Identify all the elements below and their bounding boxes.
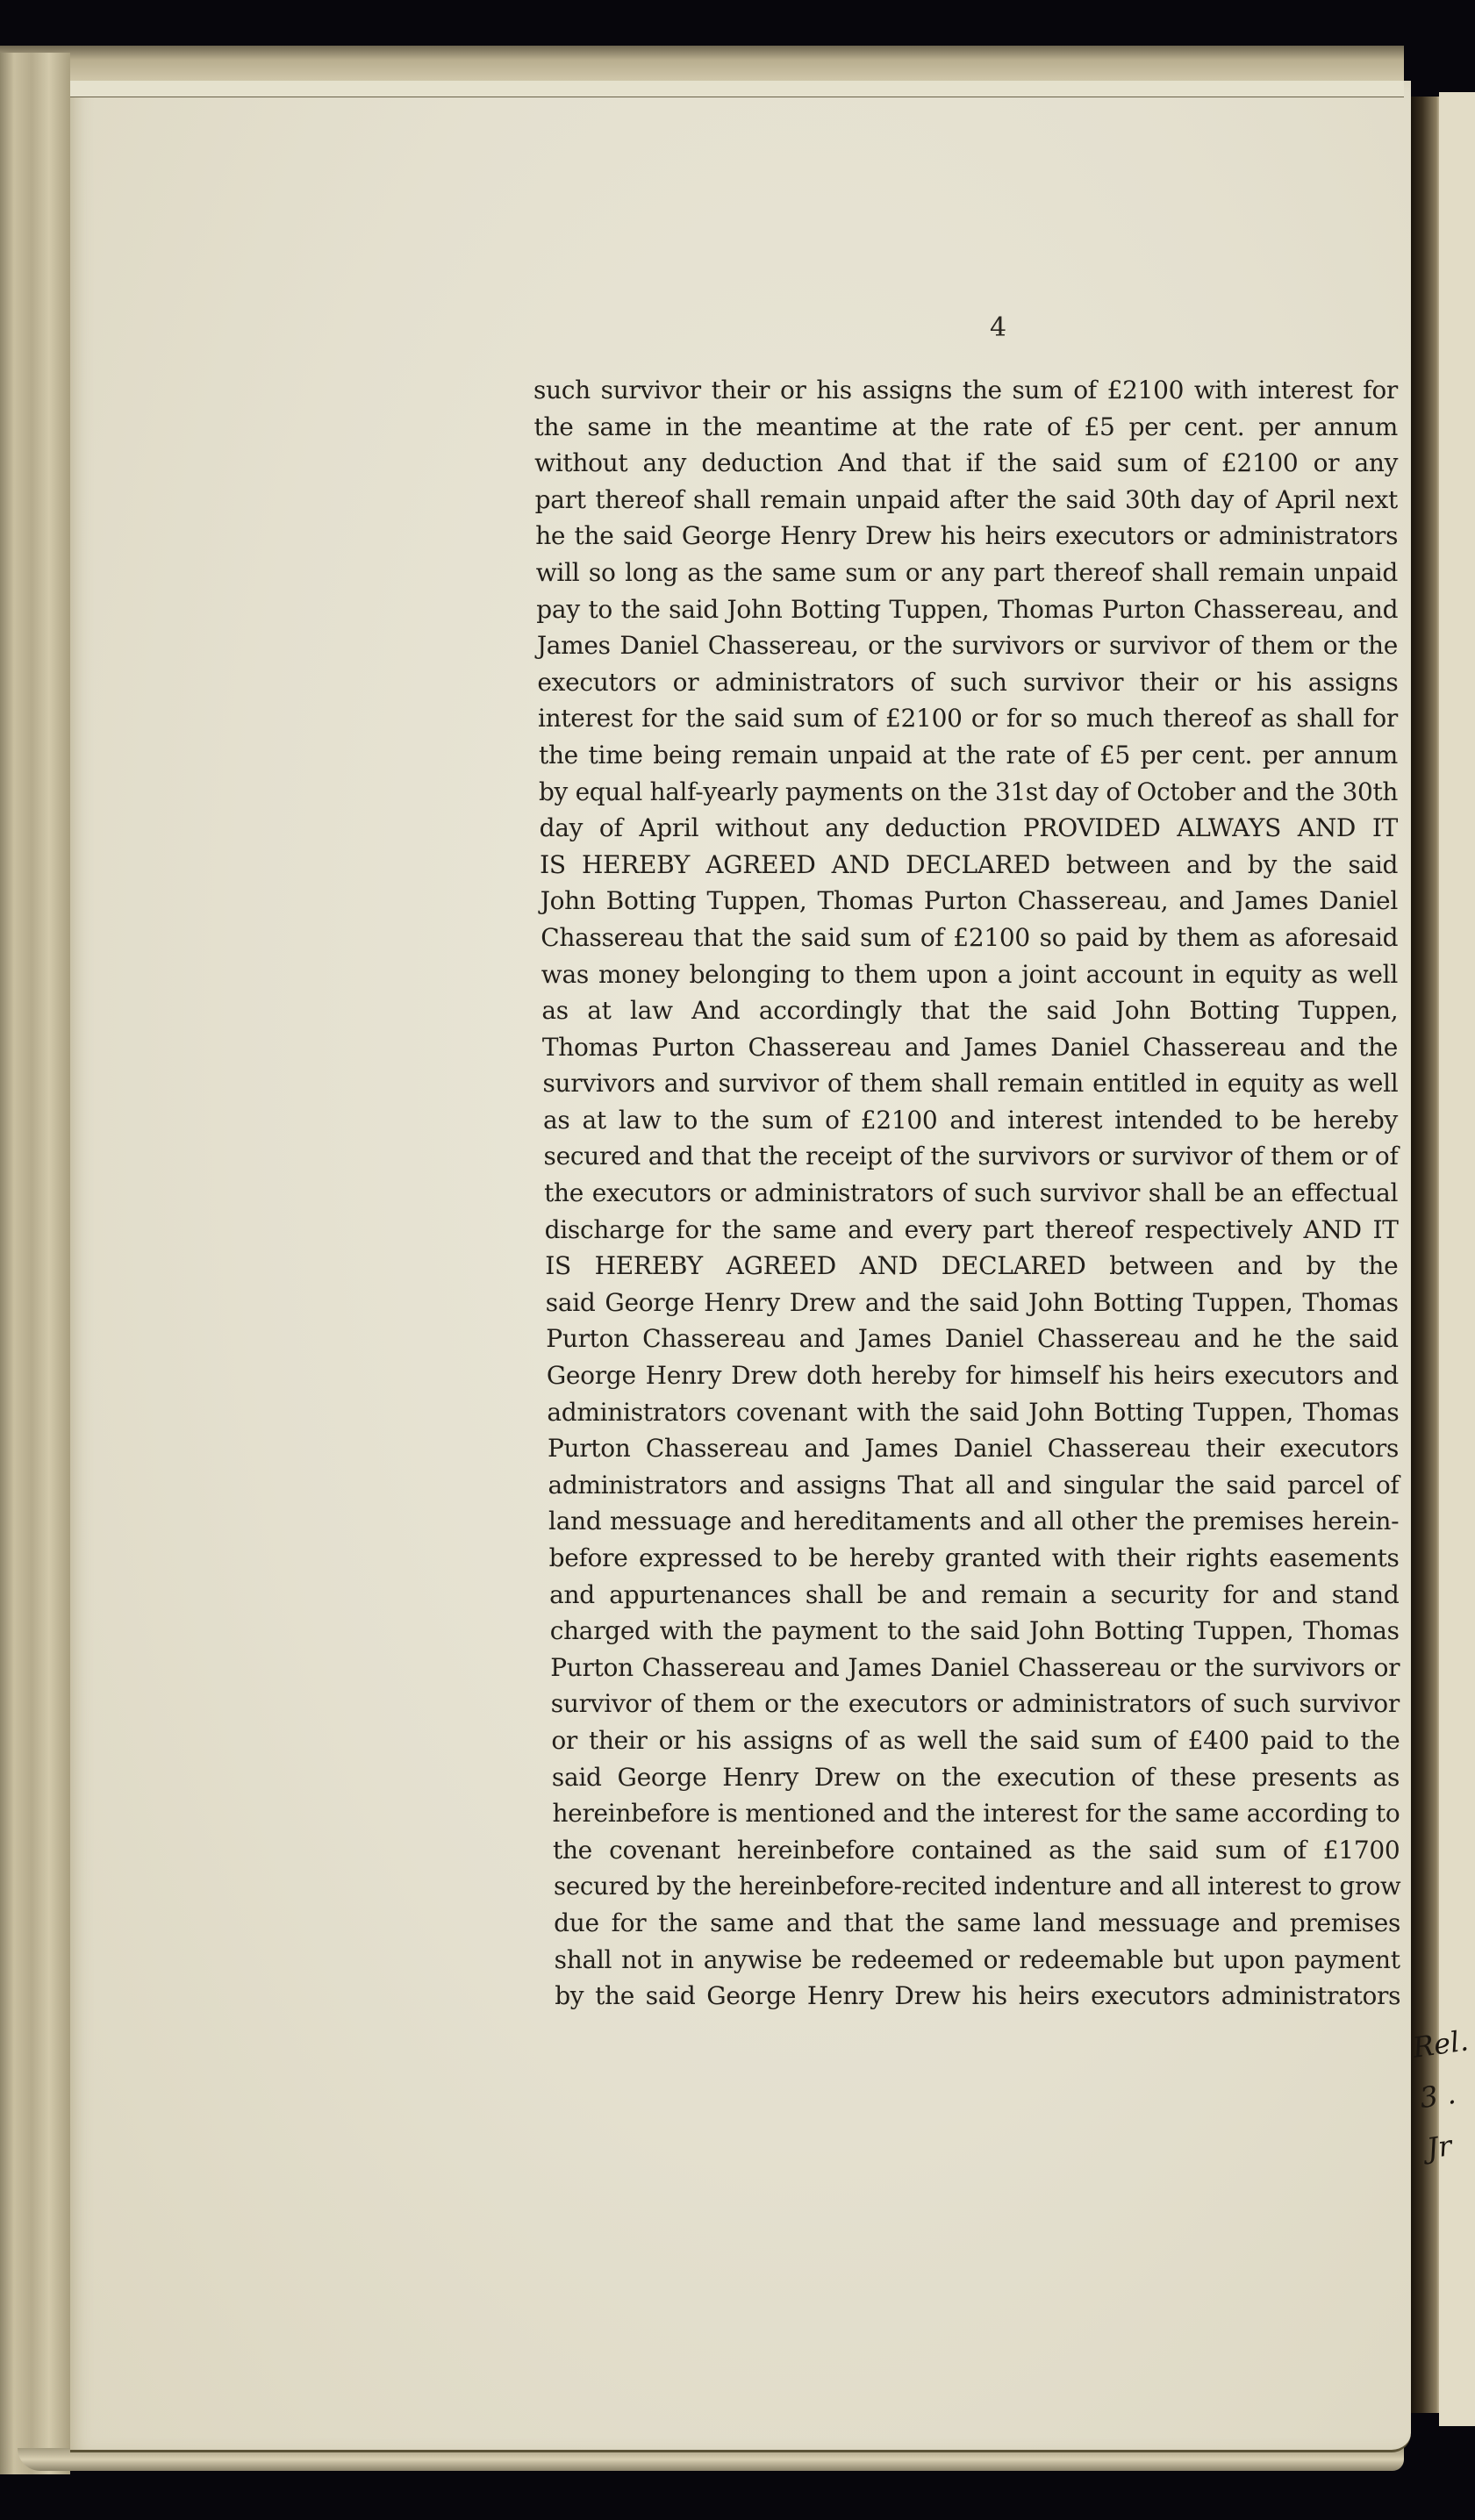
text-line: Thomas Purton Chassereau and James Danie… [542, 1029, 1398, 1066]
text-line: said George Henry Drew and the said John… [546, 1285, 1399, 1321]
text-line: George Henry Drew doth hereby for himsel… [547, 1357, 1399, 1394]
text-line: John Botting Tuppen, Thomas Purton Chass… [541, 883, 1398, 920]
text-line: IS HEREBY AGREED AND DECLARED between an… [545, 1248, 1398, 1285]
text-line: such survivor their or his assigns the s… [533, 372, 1398, 409]
text-line: by equal half-yearly payments on the 31s… [539, 774, 1398, 811]
text-line: by the said George Henry Drew his heirs … [555, 1978, 1400, 2015]
text-line: shall not in anywise be redeemed or rede… [555, 1942, 1400, 1979]
text-line: James Daniel Chassereau, or the survivor… [537, 627, 1398, 664]
text-line: discharge for the same and every part th… [545, 1212, 1399, 1249]
text-line: as at law And accordingly that the said … [541, 992, 1398, 1029]
text-line: without any deduction And that if the sa… [534, 445, 1398, 482]
text-line: was money belonging to them upon a joint… [541, 956, 1398, 993]
text-line: or their or his assigns of as well the s… [551, 1722, 1400, 1759]
page-top-edge [70, 81, 1404, 97]
text-line: will so long as the same sum or any part… [536, 555, 1398, 591]
text-line: Purton Chassereau and James Daniel Chass… [548, 1430, 1399, 1467]
text-line: hereinbefore is mentioned and the intere… [552, 1795, 1400, 1832]
text-line: the executors or administrators of such … [544, 1175, 1398, 1212]
page-number: 4 [990, 312, 1006, 343]
text-line: executors or administrators of such surv… [537, 664, 1398, 701]
text-line: Purton Chassereau and James Daniel Chass… [550, 1650, 1400, 1686]
text-line: the same in the meantime at the rate of … [534, 409, 1398, 446]
text-line: survivors and survivor of them shall rem… [542, 1065, 1398, 1102]
text-line: land messuage and hereditaments and all … [548, 1503, 1399, 1540]
text-line: charged with the payment to the said Joh… [550, 1613, 1400, 1650]
text-line: administrators covenant with the said Jo… [547, 1394, 1399, 1431]
text-line: before expressed to be hereby granted wi… [549, 1540, 1400, 1577]
book-board-left [0, 53, 70, 2474]
body-text: such survivor their or his assigns the s… [533, 372, 1398, 2015]
text-line: due for the same and that the same land … [554, 1905, 1400, 1942]
text-line: part thereof shall remain unpaid after t… [535, 482, 1398, 519]
text-line: as at law to the sum of £2100 and intere… [543, 1102, 1398, 1139]
text-line: pay to the said John Botting Tuppen, Tho… [536, 591, 1398, 628]
text-line: the time being remain unpaid at the rate… [539, 737, 1398, 774]
text-line: survivor of them or the executors or adm… [551, 1686, 1400, 1722]
book-board-top [0, 46, 1404, 81]
text-line: IS HEREBY AGREED AND DECLARED between an… [540, 847, 1398, 884]
text-line: the covenant hereinbefore contained as t… [553, 1832, 1400, 1869]
text-line: he the said George Henry Drew his heirs … [535, 518, 1398, 555]
text-line: and appurtenances shall be and remain a … [549, 1577, 1399, 1614]
text-line: secured by the hereinbefore-recited inde… [554, 1868, 1400, 1905]
text-line: administrators and assigns That all and … [548, 1467, 1400, 1504]
text-line: said George Henry Drew on the execution … [552, 1759, 1400, 1796]
marginalia-line: Rel. [1409, 2015, 1471, 2073]
text-line: Chassereau that the said sum of £2100 so… [541, 920, 1398, 956]
text-line: secured and that the receipt of the surv… [544, 1138, 1399, 1175]
text-line: interest for the said sum of £2100 or fo… [538, 700, 1398, 737]
text-line: day of April without any deduction PROVI… [540, 810, 1398, 847]
text-line: Purton Chassereau and James Daniel Chass… [546, 1321, 1398, 1357]
